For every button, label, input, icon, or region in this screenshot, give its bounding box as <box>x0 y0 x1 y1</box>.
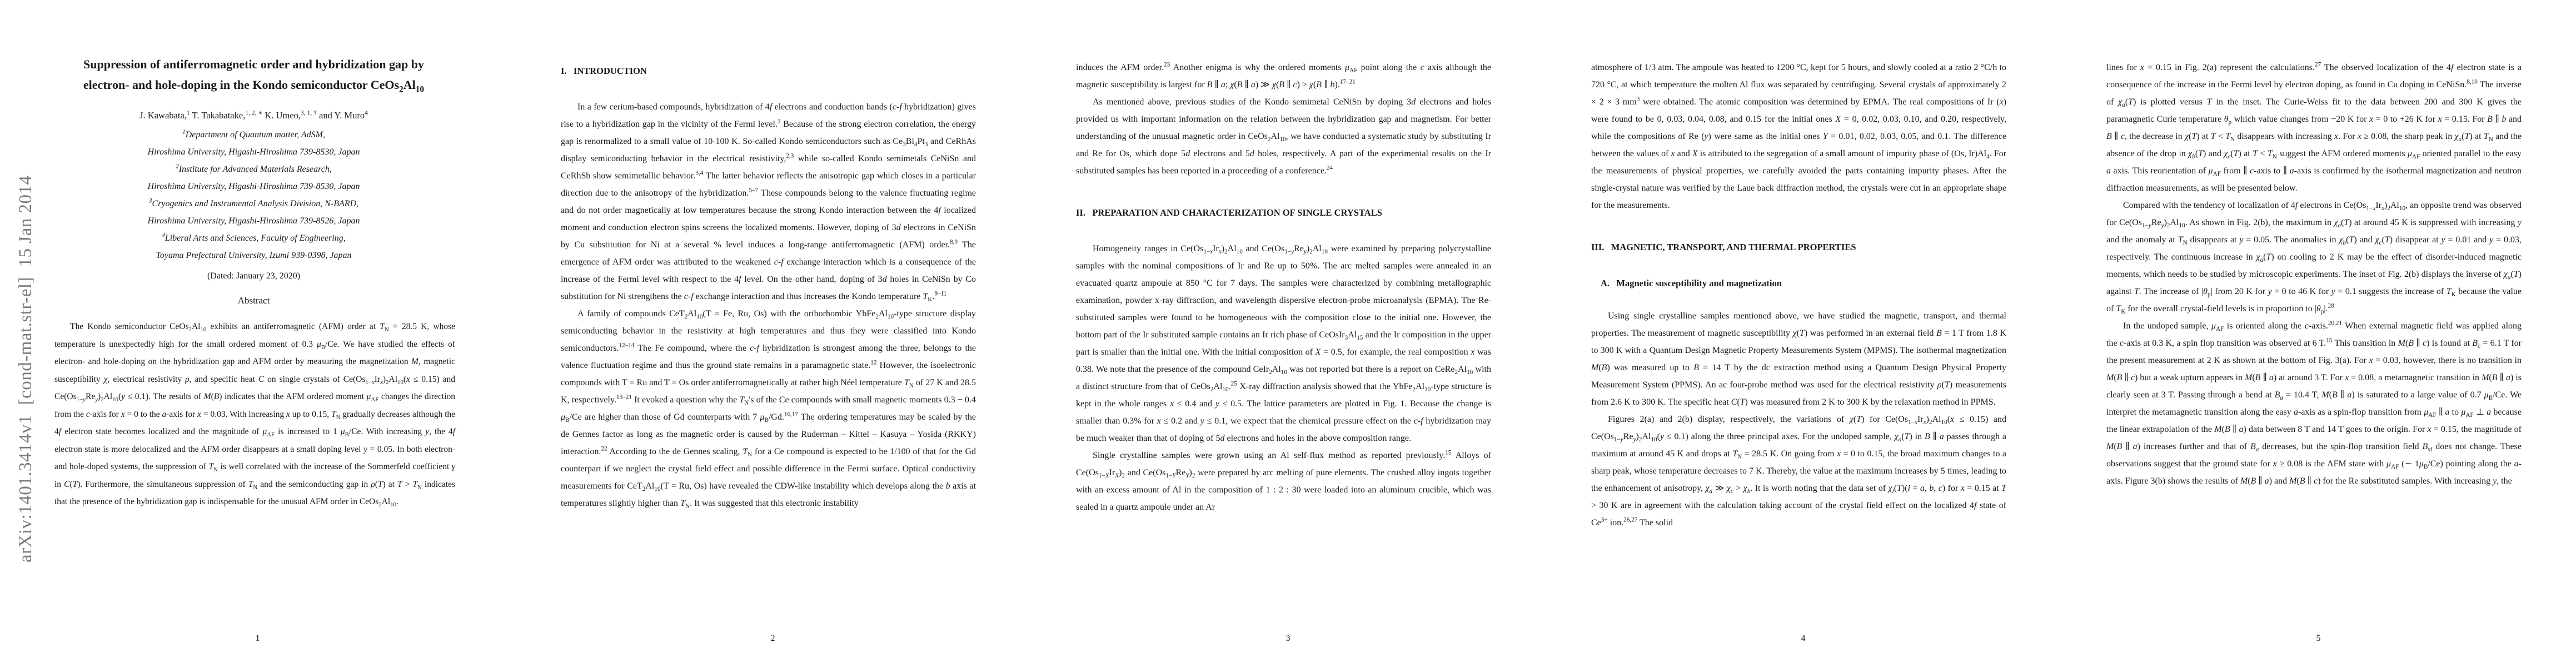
page-number: 3 <box>1030 634 1546 644</box>
page-3-body: induces the AFM order.23 Another enigma … <box>1076 59 1491 631</box>
affiliation-line: Hiroshima University, Higashi-Hiroshima … <box>43 212 464 230</box>
page-number: 2 <box>515 634 1030 644</box>
affiliation-line: Hiroshima University, Higashi-Hiroshima … <box>43 178 464 195</box>
paragraph-continuation: atmosphere of 1/3 atm. The ampoule was h… <box>1591 59 2006 214</box>
page-2-body: I. INTRODUCTION In a few cerium-based co… <box>561 59 976 631</box>
affiliation-line: 2Institute for Advanced Materials Resear… <box>43 161 464 178</box>
page-1: arXiv:1401.3414v1 [cond-mat.str-el] 15 J… <box>0 0 515 667</box>
page-number: 1 <box>0 634 515 644</box>
paragraph: In a few cerium-based compounds, hybridi… <box>561 98 976 305</box>
page-2: I. INTRODUCTION In a few cerium-based co… <box>515 0 1030 667</box>
abstract-heading: Abstract <box>43 295 464 306</box>
affiliation-line: 1Department of Quantum matter, AdSM, <box>43 126 464 143</box>
paragraph: In the undoped sample, μAF is oriented a… <box>2106 317 2522 490</box>
affiliation-line: 4Liberal Arts and Sciences, Faculty of E… <box>43 230 464 247</box>
abstract-text: The Kondo semiconductor CeOs2Al10 exhibi… <box>43 318 464 511</box>
paragraph: A family of compounds CeT2Al10(T = Fe, R… <box>561 305 976 512</box>
title-block: Suppression of antiferromagnetic order a… <box>43 0 464 511</box>
arxiv-watermark: arXiv:1401.3414v1 [cond-mat.str-el] 15 J… <box>16 175 36 563</box>
paragraph-continuation: induces the AFM order.23 Another enigma … <box>1076 59 1491 93</box>
paragraph-continuation: lines for x = 0.15 in Fig. 2(a) represen… <box>2106 59 2522 197</box>
page-3: induces the AFM order.23 Another enigma … <box>1030 0 1546 667</box>
paragraph: Single crystalline samples were grown us… <box>1076 447 1491 516</box>
paragraph: Compared with the tendency of localizati… <box>2106 197 2522 317</box>
subsection-heading-susceptibility: A. Magnetic susceptibility and magnetiza… <box>1601 275 2006 292</box>
section-heading-properties: III. MAGNETIC, TRANSPORT, AND THERMAL PR… <box>1591 238 2006 256</box>
section-heading-preparation: II. PREPARATION AND CHARACTERIZATION OF … <box>1076 204 1491 221</box>
page-5: lines for x = 0.15 in Fig. 2(a) represen… <box>2061 0 2576 667</box>
paper-title: Suppression of antiferromagnetic order a… <box>43 54 464 95</box>
page-4-body: atmosphere of 1/3 atm. The ampoule was h… <box>1591 59 2006 631</box>
page-4: atmosphere of 1/3 atm. The ampoule was h… <box>1546 0 2061 667</box>
page-number: 5 <box>2061 634 2576 644</box>
date-line: (Dated: January 23, 2020) <box>43 271 464 281</box>
document-canvas: arXiv:1401.3414v1 [cond-mat.str-el] 15 J… <box>0 0 2576 667</box>
paper-title-line-1: Suppression of antiferromagnetic order a… <box>43 54 464 74</box>
paragraph: Using single crystalline samples mention… <box>1591 307 2006 411</box>
paper-title-line-2: electron- and hole-doping in the Kondo s… <box>43 74 464 95</box>
affiliations-block: 1Department of Quantum matter, AdSM, Hir… <box>43 126 464 264</box>
affiliation-line: Hiroshima University, Higashi-Hiroshima … <box>43 143 464 161</box>
affiliation-line: 3Cryogenics and Instrumental Analysis Di… <box>43 195 464 212</box>
page-number: 4 <box>1546 634 2061 644</box>
authors-line: J. Kawabata,1 T. Takabatake,1, 2, ∗ K. U… <box>43 110 464 121</box>
paragraph: As mentioned above, previous studies of … <box>1076 93 1491 180</box>
affiliation-line: Toyama Prefectural University, Izumi 939… <box>43 247 464 264</box>
page-5-body: lines for x = 0.15 in Fig. 2(a) represen… <box>2106 59 2522 631</box>
paragraph: Homogeneity ranges in Ce(Os1−xIrx)2Al10 … <box>1076 240 1491 447</box>
section-heading-introduction: I. INTRODUCTION <box>561 62 976 79</box>
paragraph: Figures 2(a) and 2(b) display, respectiv… <box>1591 411 2006 531</box>
